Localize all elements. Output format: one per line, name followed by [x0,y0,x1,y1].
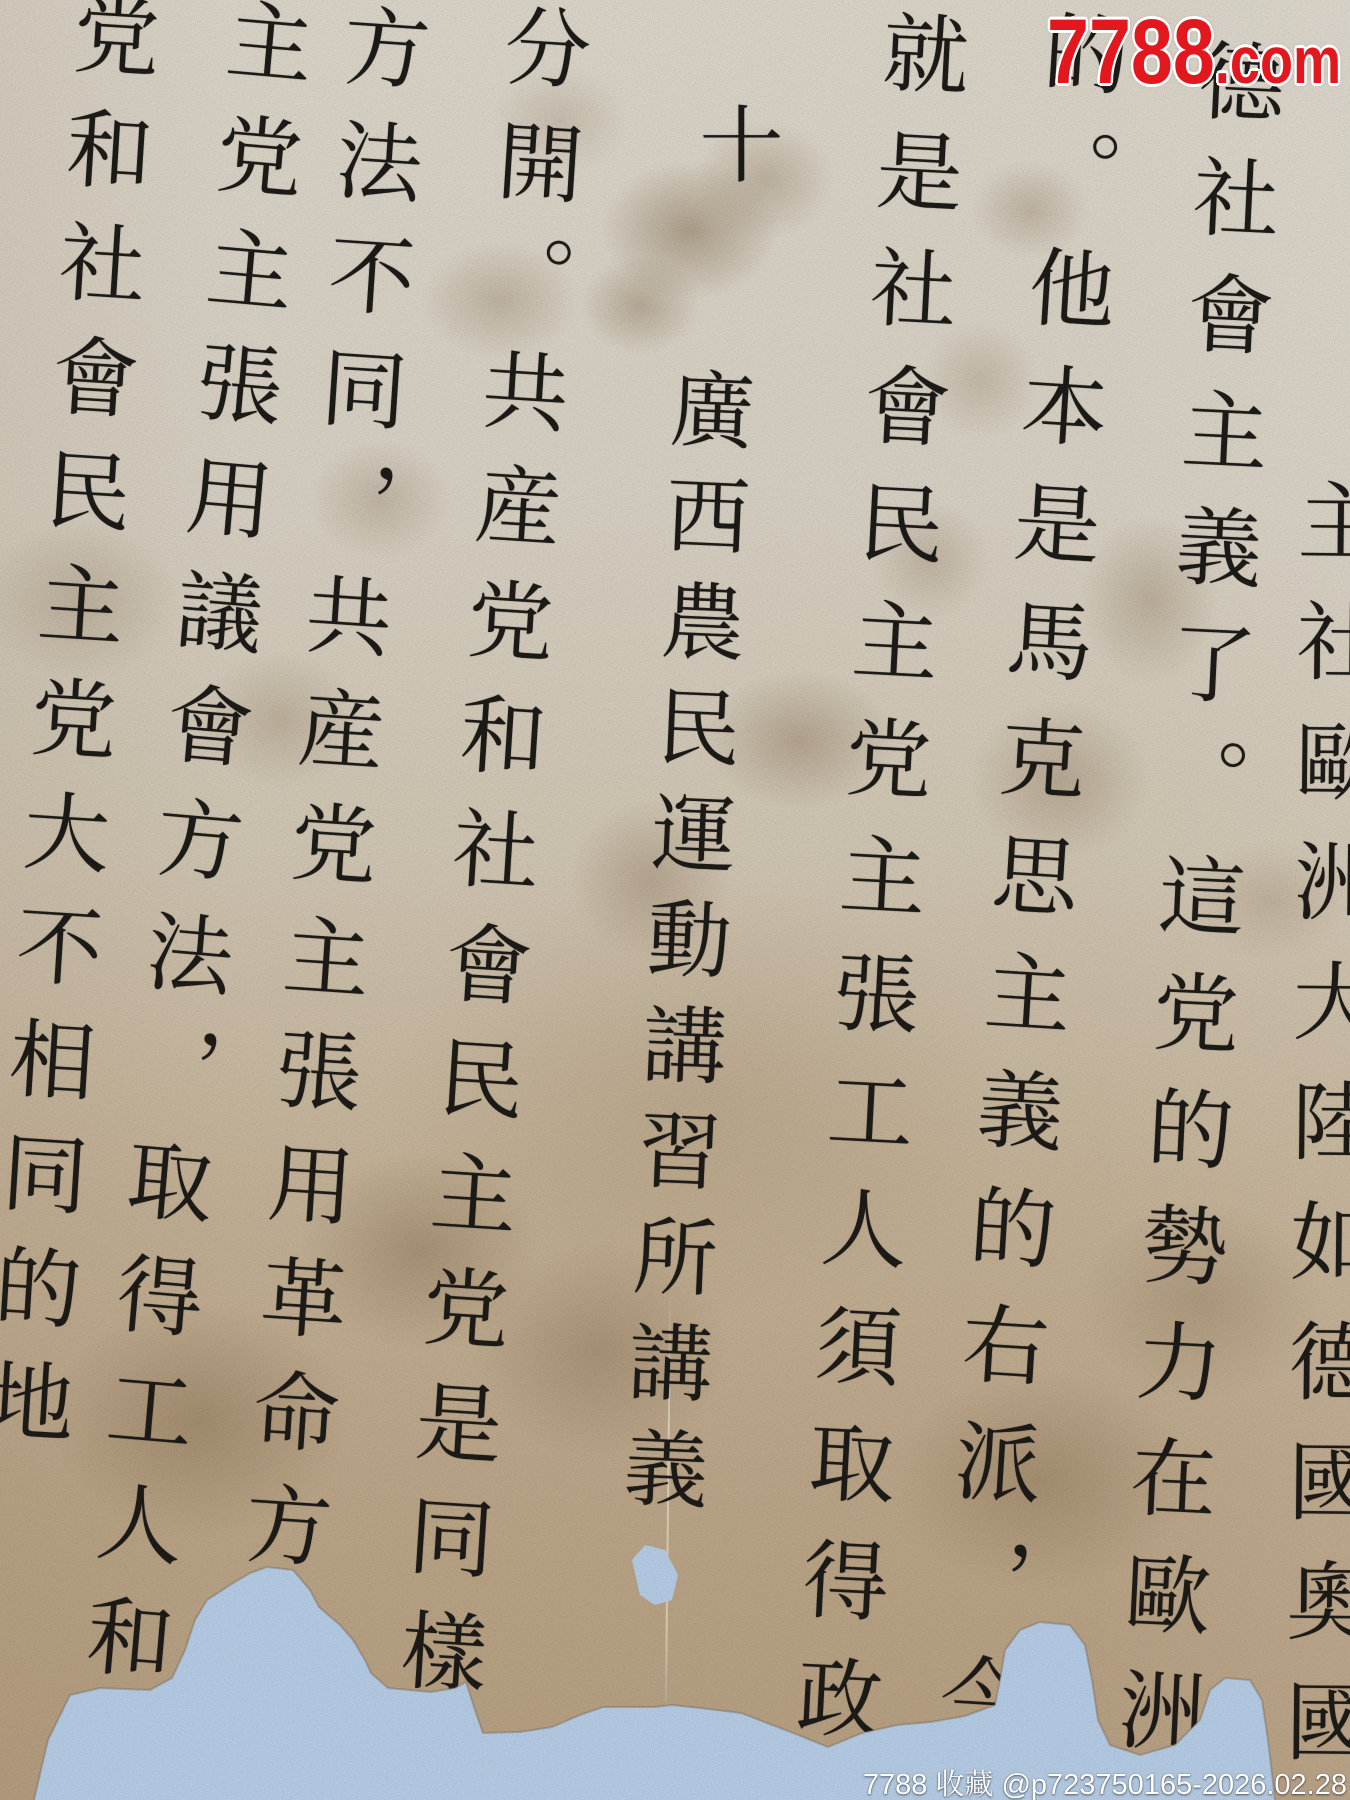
watermark-logo: 7788.com [1047,6,1341,98]
watermark-caption: 7788 收藏 @p723750165-2026.02.28 [863,1771,1347,1800]
document-photo: 主社歐洲大陸如德國奧國 德社會主義了。這党的勢力在歐洲 的。他本是馬克思主義的右… [0,0,1350,1800]
watermark-brand-text: 7788 [1047,1,1215,103]
blue-cloth-background [0,0,1350,1800]
watermark-domain-suffix: .com [1215,23,1341,97]
cloth-fill [0,0,1350,1800]
